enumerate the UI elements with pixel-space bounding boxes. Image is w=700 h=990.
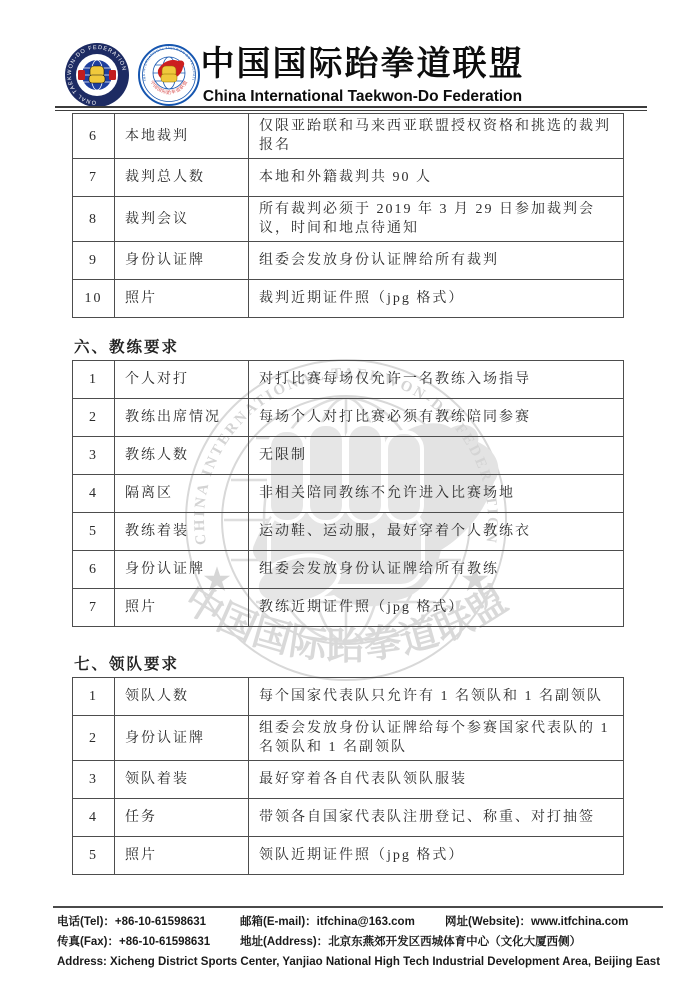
row-content: 仅限亚跆联和马来西亚联盟授权资格和挑选的裁判报名	[249, 114, 624, 159]
row-content: 领队近期证件照（jpg 格式）	[249, 837, 624, 875]
row-label: 身份认证牌	[115, 551, 249, 589]
row-content: 非相关陪同教练不允许进入比赛场地	[249, 475, 624, 513]
section-heading-coach: 六、教练要求	[74, 335, 179, 357]
row-label: 身份认证牌	[115, 242, 249, 280]
row-number: 9	[73, 242, 115, 280]
row-content: 裁判近期证件照（jpg 格式）	[249, 280, 624, 318]
fax-value: +86-10-61598631	[119, 936, 210, 948]
table-row: 10 照片 裁判近期证件照（jpg 格式）	[73, 280, 624, 318]
table-row: 3 领队着装 最好穿着各自代表队领队服装	[73, 761, 624, 799]
website-value: www.itfchina.com	[531, 916, 628, 928]
table-row: 6 本地裁判 仅限亚跆联和马来西亚联盟授权资格和挑选的裁判报名	[73, 114, 624, 159]
footer-tel: 电话(Tel)：+86-10-61598631	[57, 912, 206, 932]
footer-line-2: 传真(Fax)：+86-10-61598631 地址(Address)：北京东燕…	[57, 932, 663, 952]
table-row: 2 身份认证牌 组委会发放身份认证牌给每个参赛国家代表队的 1 名领队和 1 名…	[73, 716, 624, 761]
table-row: 5 照片 领队近期证件照（jpg 格式）	[73, 837, 624, 875]
table-row: 1 个人对打 对打比赛每场仅允许一名教练入场指导	[73, 361, 624, 399]
row-label: 隔离区	[115, 475, 249, 513]
row-label: 个人对打	[115, 361, 249, 399]
leader-requirements-table: 1 领队人数 每个国家代表队只允许有 1 名领队和 1 名副领队 2 身份认证牌…	[72, 677, 624, 875]
row-label: 教练出席情况	[115, 399, 249, 437]
section-heading-leader: 七、领队要求	[74, 652, 179, 674]
address-cn-value: 北京东燕郊开发区西城体育中心（文化大厦西侧）	[328, 936, 581, 948]
header: 中国国际跆拳道联盟 China International Taekwon-Do…	[190, 42, 535, 106]
tel-value: +86-10-61598631	[115, 916, 206, 928]
table-row: 4 任务 带领各自国家代表队注册登记、称重、对打抽签	[73, 799, 624, 837]
row-label: 裁判会议	[115, 197, 249, 242]
row-number: 6	[73, 114, 115, 159]
address-label: 地址(Address)：	[240, 936, 328, 948]
email-label: 邮箱(E-mail)：	[240, 916, 317, 928]
row-number: 7	[73, 589, 115, 627]
row-number: 1	[73, 361, 115, 399]
row-content: 每个国家代表队只允许有 1 名领队和 1 名副领队	[249, 678, 624, 716]
row-content: 教练近期证件照（jpg 格式）	[249, 589, 624, 627]
row-content: 所有裁判必须于 2019 年 3 月 29 日参加裁判会议，时间和地点待通知	[249, 197, 624, 242]
page-title-en: China International Taekwon-Do Federatio…	[190, 88, 535, 106]
row-label: 领队人数	[115, 678, 249, 716]
row-label: 照片	[115, 280, 249, 318]
footer-fax: 传真(Fax)：+86-10-61598631	[57, 932, 210, 952]
table-row: 2 教练出席情况 每场个人对打比赛必须有教练陪同参赛	[73, 399, 624, 437]
footer-line-3: Address: Xicheng District Sports Center,…	[57, 952, 663, 972]
footer-address-cn: 地址(Address)：北京东燕郊开发区西城体育中心（文化大厦西侧）	[240, 932, 581, 952]
table-row: 7 裁判总人数 本地和外籍裁判共 90 人	[73, 159, 624, 197]
table-row: 9 身份认证牌 组委会发放身份认证牌给所有裁判	[73, 242, 624, 280]
row-number: 3	[73, 761, 115, 799]
footer: 电话(Tel)：+86-10-61598631 邮箱(E-mail)：itfch…	[57, 912, 663, 972]
table-row: 1 领队人数 每个国家代表队只允许有 1 名领队和 1 名副领队	[73, 678, 624, 716]
table-row: 3 教练人数 无限制	[73, 437, 624, 475]
itf-logo-icon: INTERNATIONAL TAEKWON-DO FEDERATION	[64, 42, 130, 108]
footer-email: 邮箱(E-mail)：itfchina@163.com	[240, 912, 415, 932]
row-content: 组委会发放身份认证牌给每个参赛国家代表队的 1 名领队和 1 名副领队	[249, 716, 624, 761]
row-content: 对打比赛每场仅允许一名教练入场指导	[249, 361, 624, 399]
row-label: 任务	[115, 799, 249, 837]
footer-address-en: Address: Xicheng District Sports Center,…	[57, 952, 660, 972]
table-row: 4 隔离区 非相关陪同教练不允许进入比赛场地	[73, 475, 624, 513]
row-label: 裁判总人数	[115, 159, 249, 197]
row-number: 4	[73, 799, 115, 837]
row-content: 组委会发放身份认证牌给所有教练	[249, 551, 624, 589]
tel-label: 电话(Tel)：	[57, 916, 115, 928]
table-row: 8 裁判会议 所有裁判必须于 2019 年 3 月 29 日参加裁判会议，时间和…	[73, 197, 624, 242]
row-number: 2	[73, 716, 115, 761]
footer-website: 网址(Website)：www.itfchina.com	[445, 912, 628, 932]
footer-line-1: 电话(Tel)：+86-10-61598631 邮箱(E-mail)：itfch…	[57, 912, 663, 932]
row-number: 1	[73, 678, 115, 716]
row-number: 5	[73, 837, 115, 875]
table-row: 6 身份认证牌 组委会发放身份认证牌给所有教练	[73, 551, 624, 589]
row-content: 每场个人对打比赛必须有教练陪同参赛	[249, 399, 624, 437]
row-label: 照片	[115, 837, 249, 875]
page-title-cn: 中国国际跆拳道联盟	[190, 42, 535, 86]
row-label: 教练人数	[115, 437, 249, 475]
row-content: 运动鞋、运动服，最好穿着个人教练衣	[249, 513, 624, 551]
row-number: 2	[73, 399, 115, 437]
row-number: 5	[73, 513, 115, 551]
row-number: 7	[73, 159, 115, 197]
row-label: 照片	[115, 589, 249, 627]
coach-requirements-table: 1 个人对打 对打比赛每场仅允许一名教练入场指导 2 教练出席情况 每场个人对打…	[72, 360, 624, 627]
fax-label: 传真(Fax)：	[57, 936, 119, 948]
row-label: 身份认证牌	[115, 716, 249, 761]
row-number: 6	[73, 551, 115, 589]
header-divider	[55, 106, 647, 111]
table-row: 5 教练着装 运动鞋、运动服，最好穿着个人教练衣	[73, 513, 624, 551]
referee-requirements-table: 6 本地裁判 仅限亚跆联和马来西亚联盟授权资格和挑选的裁判报名 7 裁判总人数 …	[72, 113, 624, 318]
row-label: 本地裁判	[115, 114, 249, 159]
website-label: 网址(Website)：	[445, 916, 531, 928]
table-row: 7 照片 教练近期证件照（jpg 格式）	[73, 589, 624, 627]
row-content: 本地和外籍裁判共 90 人	[249, 159, 624, 197]
row-number: 8	[73, 197, 115, 242]
footer-divider	[53, 906, 663, 908]
row-content: 组委会发放身份认证牌给所有裁判	[249, 242, 624, 280]
row-number: 10	[73, 280, 115, 318]
row-number: 3	[73, 437, 115, 475]
row-content: 带领各自国家代表队注册登记、称重、对打抽签	[249, 799, 624, 837]
row-content: 最好穿着各自代表队领队服装	[249, 761, 624, 799]
row-number: 4	[73, 475, 115, 513]
email-value: itfchina@163.com	[317, 916, 415, 928]
row-label: 教练着装	[115, 513, 249, 551]
row-label: 领队着装	[115, 761, 249, 799]
row-content: 无限制	[249, 437, 624, 475]
